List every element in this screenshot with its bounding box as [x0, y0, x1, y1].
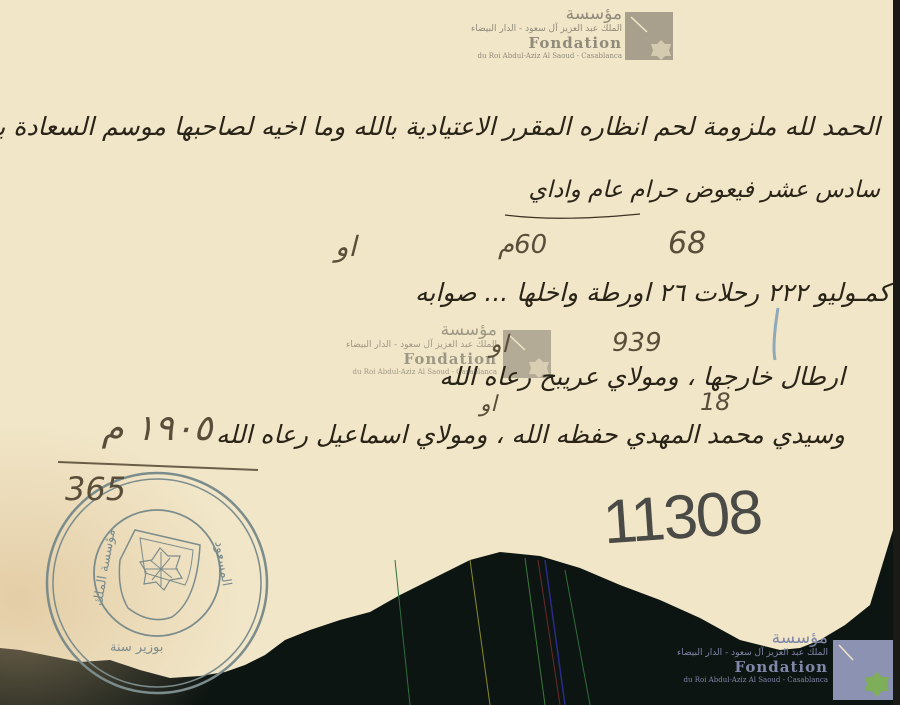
watermark-french-title: Fondation	[471, 35, 622, 51]
document-scan: مؤسسة الملك عبد العزيز آل سعود - الدار ا…	[0, 0, 900, 705]
watermark-french-subtitle: du Roi Abdul-Aziz Al Saoud - Casablanca	[471, 51, 622, 61]
watermark-arabic-title: مؤسسة	[346, 322, 497, 339]
manuscript-line-5: وسيدي محمد المهدي حفظه الله ، ومولاي اسم…	[290, 420, 845, 449]
marginal-number: 68	[668, 226, 706, 261]
catalog-number: 11308	[601, 477, 763, 559]
manuscript-line-1: الحمد لله ملزومة لحم انظاره المقرر الاعت…	[10, 112, 880, 141]
foundation-logo-icon	[625, 12, 673, 60]
marginal-number: 18	[700, 388, 731, 416]
watermark-french-title: Fondation	[677, 659, 828, 675]
fraction-denominator: 365	[65, 470, 126, 508]
manuscript-line-2: سادس عشر فيعوض حرام عام واداي	[490, 177, 880, 203]
manuscript-line-3: كمـوليو ٢٢٢ رحلات ٢٦ اورطة واخلها ... صو…	[110, 278, 890, 307]
stamp-text-bottom: بوزير سنة	[110, 640, 163, 655]
marginal-number: او	[335, 230, 356, 263]
watermark-arabic-title: مؤسسة	[471, 6, 622, 23]
watermark-arabic-title: مؤسسة	[677, 630, 828, 647]
watermark-top: مؤسسة الملك عبد العزيز آل سعود - الدار ا…	[471, 6, 622, 61]
watermark-bottom: مؤسسة الملك عبد العزيز آل سعود - الدار ا…	[677, 630, 828, 685]
marginal-number: او	[490, 330, 508, 358]
marginal-number: 939	[612, 328, 662, 358]
foundation-logo-icon	[833, 640, 893, 700]
manuscript-line-4: ارطال خارجها ، ومولاي عريبح رعاه الله	[290, 362, 845, 391]
fraction-numerator: ١٩٠٥ م	[62, 408, 252, 449]
marginal-number: او	[480, 392, 497, 417]
watermark-french-subtitle: du Roi Abdul-Aziz Al Saoud - Casablanca	[677, 675, 828, 685]
marginal-number: 60م	[498, 230, 547, 260]
